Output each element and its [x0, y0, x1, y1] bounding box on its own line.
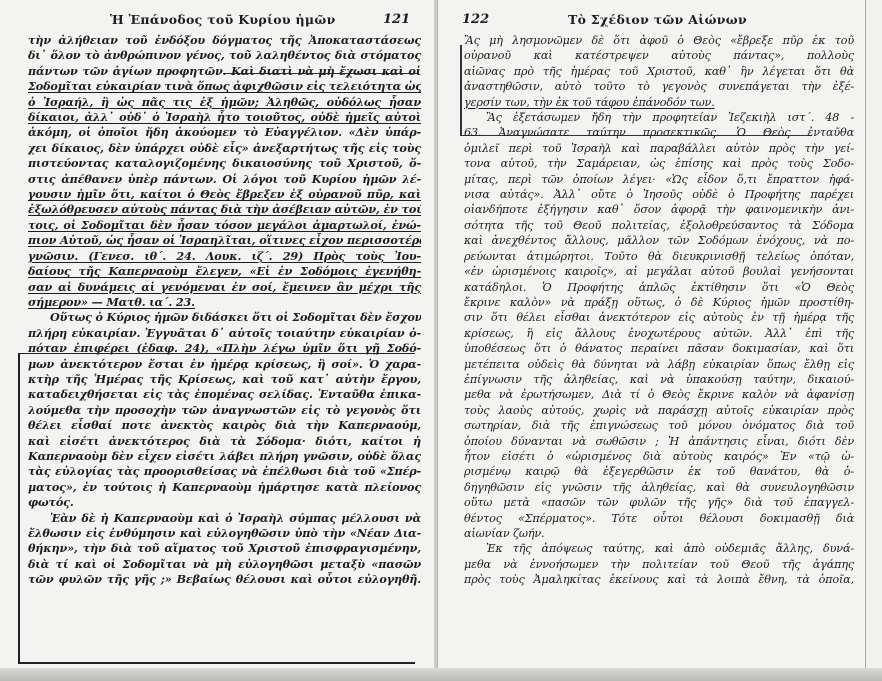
text-line: Καπερναοὺμ δὲν εἶχεν εἰσέτι λάβει πλήρη …: [28, 449, 421, 464]
text-line-underlined: σήμερον» — Ματθ. ια΄. 23.: [28, 295, 421, 310]
text-line: Ἐὰν δὲ ἡ Καπερναοὺμ καὶ ὁ Ἰσραὴλ σύμπας …: [28, 511, 421, 526]
text-line-underlined: πιον Αὐτοῦ, ὡς ἦσαν οἱ Ἰσραηλῖται, οἵτιν…: [28, 233, 421, 248]
text-line: φωτός.: [28, 495, 421, 510]
text-line: δι᾿ ὅλον τὸ ἀνθρώπινον γένος, τοῦ λαληθέ…: [28, 48, 421, 63]
text-line: τῶν φυλῶν τῆς γῆς ;» Βεβαίως θέλουσι καὶ…: [28, 572, 421, 587]
text-line: νισα αὐτάς». Ἀλλ᾿ οὔτε ὁ Ἰησοῦς οὐδὲ ὁ Π…: [464, 187, 854, 202]
text-line: τὴν ἀλήθειαν τοῦ ἐνδόξου δόγματος τῆς Ἀπ…: [28, 33, 421, 48]
text-line: μων ἀνεκτότερον ἔσται ἐν ἡμέρᾳ κρίσεως, …: [28, 357, 421, 372]
text-line: σιν ὅτι θέλει εἶσθαι ἀνεκτότερον εἰς αὐτ…: [464, 310, 854, 325]
text-line: ρισμένῳ καιρῷ θὰ ἐξεγερθῶσιν ἐκ τοῦ θανά…: [464, 464, 854, 479]
text-line: μεθα νὰ ἐρωτήσωμεν, Διὰ τί ὁ Θεὸς ἔκρινε…: [464, 387, 854, 402]
text-line: αἰωνίαν ζωήν.: [464, 526, 854, 541]
text-line: πρὸς τοὺς Ἀμαληκίτας ἐκείνους καὶ τὰ λοι…: [464, 572, 854, 587]
text-line: ὁποίου δύνανται νὰ σωθῶσιν ; Ἡ ἀπάντησις…: [464, 434, 854, 449]
text-line: κτὴρ τῆς Ἡμέρας τῆς Κρίσεως, καὶ τοῦ κατ…: [28, 372, 421, 387]
page-edge: [865, 0, 866, 668]
text-line: Ἂς ἐξετάσωμεν ἤδη τὴν προφητείαν Ἰεζεκιὴ…: [464, 110, 854, 125]
text-line: ἀναστηθῶσιν, αὐτὸ τοῦτο τὸ γεγονὸς συνεπ…: [464, 79, 854, 94]
text-line: θήκην», τὴν διὰ τοῦ αἵματος τοῦ Χριστοῦ …: [28, 541, 421, 556]
text-line: κρίσεως, ἢ εἰς ἄλλους ἐνοχωτέρους αὐτῶν.…: [464, 326, 854, 341]
left-page-body: τὴν ἀλήθειαν τοῦ ἐνδόξου δόγματος τῆς Ἀπ…: [28, 33, 421, 588]
text-line: ἐπίγνωσιν τῆς ἀληθείας, καὶ νὰ ὑπακούσῃ …: [464, 372, 854, 387]
running-head-right: Τὸ Σχέδιον τῶν Αἰώνων: [568, 12, 747, 27]
text-line-underlined: σαν αἱ δυνάμεις αἱ γενόμεναι ἐν σοί, ἔμε…: [28, 280, 421, 295]
scan-bottom-edge: [0, 668, 882, 681]
text-line: ὑποθέσεως ὅτι ὁ θάνατος περαίνει πᾶσαν δ…: [464, 341, 854, 356]
text-line: ὁμιλεῖ περὶ τοῦ Ἰσραὴλ καὶ παραβάλλει αὐ…: [464, 141, 854, 156]
text-line: 63. Ἀναγνώσατε ταύτην προσεκτικῶς. Ὁ Θεὸ…: [464, 125, 854, 140]
text-line: τονα αὐτοῦ, τὴν Σαμάρειαν, ὡς ἐπίσης καὶ…: [464, 156, 854, 171]
left-page: Ἡ Ἐπάνοδος τοῦ Κυρίου ἡμῶν 121 τὴν ἀλήθε…: [0, 0, 435, 668]
text-line: καὶ ἀνεχθέντος ἄλλους, μᾶλλον τῶν Σοδόμω…: [464, 233, 854, 248]
text-line: δηγηθῶσιν εἰς γνῶσιν τῆς ἀληθείας, καὶ θ…: [464, 480, 854, 495]
text-line: ἔλθωσιν εἰς ἐνθύμησιν καὶ εὐλογηθῶσιν ὑπ…: [28, 526, 421, 541]
text-line: μετέπειτα οὐδεὶς θὰ δύνηται νὰ λάβῃ εὐκα…: [464, 357, 854, 372]
text-line: Οὕτως ὁ Κύριος ἡμῶν διδάσκει ὅτι οἱ Σοδο…: [28, 310, 421, 325]
text-line-underlined: γουσιν ἡμῖν ὅτι, καίτοι ὁ Θεὸς ἔβρεξεν ἐ…: [28, 187, 421, 202]
text-line: ἦτον εἰσέτι ὁ «ὡρισμένος διὰ αὐτοὺς καιρ…: [464, 449, 854, 464]
text-line: τὰς εὐλογίας τὰς προορισθείσας νὰ ἐπέλθω…: [28, 464, 421, 479]
text-line: κατάδηλοι. Ὁ Προφήτης ἁπλῶς ἐκτίθησιν ὅτ…: [464, 280, 854, 295]
text-line: ἔκρινε καλὸν» νὰ πράξῃ οὕτως, ὁ δὲ Κύριο…: [464, 295, 854, 310]
text-line: θέντος «Σπέρματος». Τότε οὗτοι θέλουσι δ…: [464, 511, 854, 526]
text-line: θέλει εἶσθαί ποτε ἀνεκτὸς καιρὸς διὰ τὴν…: [28, 418, 421, 433]
text-line: «ἐν ὡρισμένοις καιροῖς», αἱ μεγάλαι αὐτο…: [464, 264, 854, 279]
text-line-underlined: γνῶσιν. (Γενεσ. ιθ΄. 24. Λουκ. ιζ΄. 29) …: [28, 249, 421, 264]
text-line: χει δίκαιος, δὲν ὑπάρχει οὐδὲ εἷς» ἀνεξα…: [28, 141, 421, 156]
text-line: πόταν ἐπιφέρει (ἐδαφ. 24), «Πλὴν λέγω ὑμ…: [28, 341, 421, 356]
text-line-underlined: γερσίν των, τὴν ἐκ τοῦ τάφου ἐπάνοδόν τω…: [464, 95, 854, 110]
running-head-left: Ἡ Ἐπάνοδος τοῦ Κυρίου ἡμῶν: [110, 12, 336, 27]
text-line: πάντων τῶν ἁγίων προφητῶν. Καὶ διατὶ νὰ …: [28, 64, 421, 79]
right-page: 122 Τὸ Σχέδιον τῶν Αἰώνων Ἂς μὴ λησμονῶμ…: [437, 0, 866, 668]
right-page-body: Ἂς μὴ λησμονῶμεν δὲ ὅτι ἀφοῦ ὁ Θεὸς «ἔβρ…: [464, 33, 854, 588]
text-line: μεθα νὰ ἐννοήσωμεν τὴν πολιτείαν τοῦ Θεο…: [464, 557, 854, 572]
text-line: μίτας, περὶ τῶν ὁποίων λέγει· «Ὡς εἶδον …: [464, 172, 854, 187]
text-line: σότητα τῆς τοῦ Θεοῦ πολιτείας, ἐξολοθρεύ…: [464, 218, 854, 233]
text-line: πιστεύοντας καταλογιζομένης δικαιοσύνης …: [28, 156, 421, 171]
text-line: ρεύωνται ἀτιμώρητοι. Τοῦτο θὰ διευκρινισ…: [464, 249, 854, 264]
text-line: στις ἀπέθανεν ὑπὲρ πάντων. Οἱ λόγοι τοῦ …: [28, 172, 421, 187]
text-line: τοὺς λαοὺς αὐτούς, χωρὶς νὰ παράσχῃ αὐτο…: [464, 403, 854, 418]
book-spread: Ἡ Ἐπάνοδος τοῦ Κυρίου ἡμῶν 121 τὴν ἀλήθε…: [0, 0, 882, 681]
text-line-underlined: τοις, οἱ Σοδομῖται δὲν ἦσαν τόσον μεγάλο…: [28, 218, 421, 233]
text-line-underlined: δίκαιοι, ἀλλ᾿ οὐδ᾿ ὁ Ἰσραὴλ ἦτο τοιοῦτος…: [28, 110, 421, 125]
text-line: ματος», ἐν τούτοις ἡ Καπερναοὺμ ἡμάρτησε…: [28, 480, 421, 495]
text-line: αἰῶνας πρὸ τῆς ἡμέρας τοῦ Χριστοῦ, καθ᾿ …: [464, 64, 854, 79]
text-line: λούμεθα τὴν προσοχὴν τῶν ἀναγνωστῶν εἰς …: [28, 403, 421, 418]
text-line: σωτηρίαν, διὰ τῆς ἐπιγνώσεως τοῦ μόνου ὀ…: [464, 418, 854, 433]
text-line: διὰ τί καὶ οἱ Σοδομῖται νὰ μὴ εὐλογηθῶσι…: [28, 557, 421, 572]
text-line: καὶ εἰσέτι ἀνεκτότερος διὰ τὰ Σόδομα· δι…: [28, 434, 421, 449]
text-line: οὐρανοῦ καὶ κατέστρεψεν αὐτοὺς πάντας», …: [464, 48, 854, 63]
text-line: οἱανδήποτε ἐξήγησιν καθ᾿ ὅσον ἀφορᾷ τὴν …: [464, 202, 854, 217]
page-number-left: 121: [383, 12, 410, 27]
text-line-underlined: ἐξωλόθρευσεν αὐτοὺς πάντας διὰ τὴν ἀσέβε…: [28, 202, 421, 217]
text-line: καταδειχθήσεται εἰς τὰς ἐπομένας σελίδας…: [28, 387, 421, 402]
text-line-underlined: ὁ Ἰσραήλ, ἢ ὡς πᾶς τις ἐξ ἡμῶν; Ἀληθῶς, …: [28, 95, 421, 110]
text-line: οὕτω μετὰ «πασῶν τῶν φυλῶν τῆς γῆς» διὰ …: [464, 495, 854, 510]
text-line-underlined: Σοδομῖται εὐκαιρίαν τινὰ ὅπως ἀφιχθῶσιν …: [28, 79, 421, 94]
text-line: πλήρη εὐκαιρίαν. Ἐγγυᾶται δ᾿ αὐτοῖς τοια…: [28, 326, 421, 341]
text-line-underlined: δαίους τῆς Καπερναοὺμ ἔλεγεν, «Εἰ ἐν Σοδ…: [28, 264, 421, 279]
text-line: Ἐκ τῆς ἀπόψεως ταύτης, καὶ ἀπὸ οὐδεμιᾶς …: [464, 541, 854, 556]
text-line: ἀκόμη, οἱ ὁποῖοι ἤδη ἀκούομεν τὸ Εὐαγγέλ…: [28, 125, 421, 140]
page-number-right: 122: [462, 12, 489, 27]
text-line: Ἂς μὴ λησμονῶμεν δὲ ὅτι ἀφοῦ ὁ Θεὸς «ἔβρ…: [464, 33, 854, 48]
